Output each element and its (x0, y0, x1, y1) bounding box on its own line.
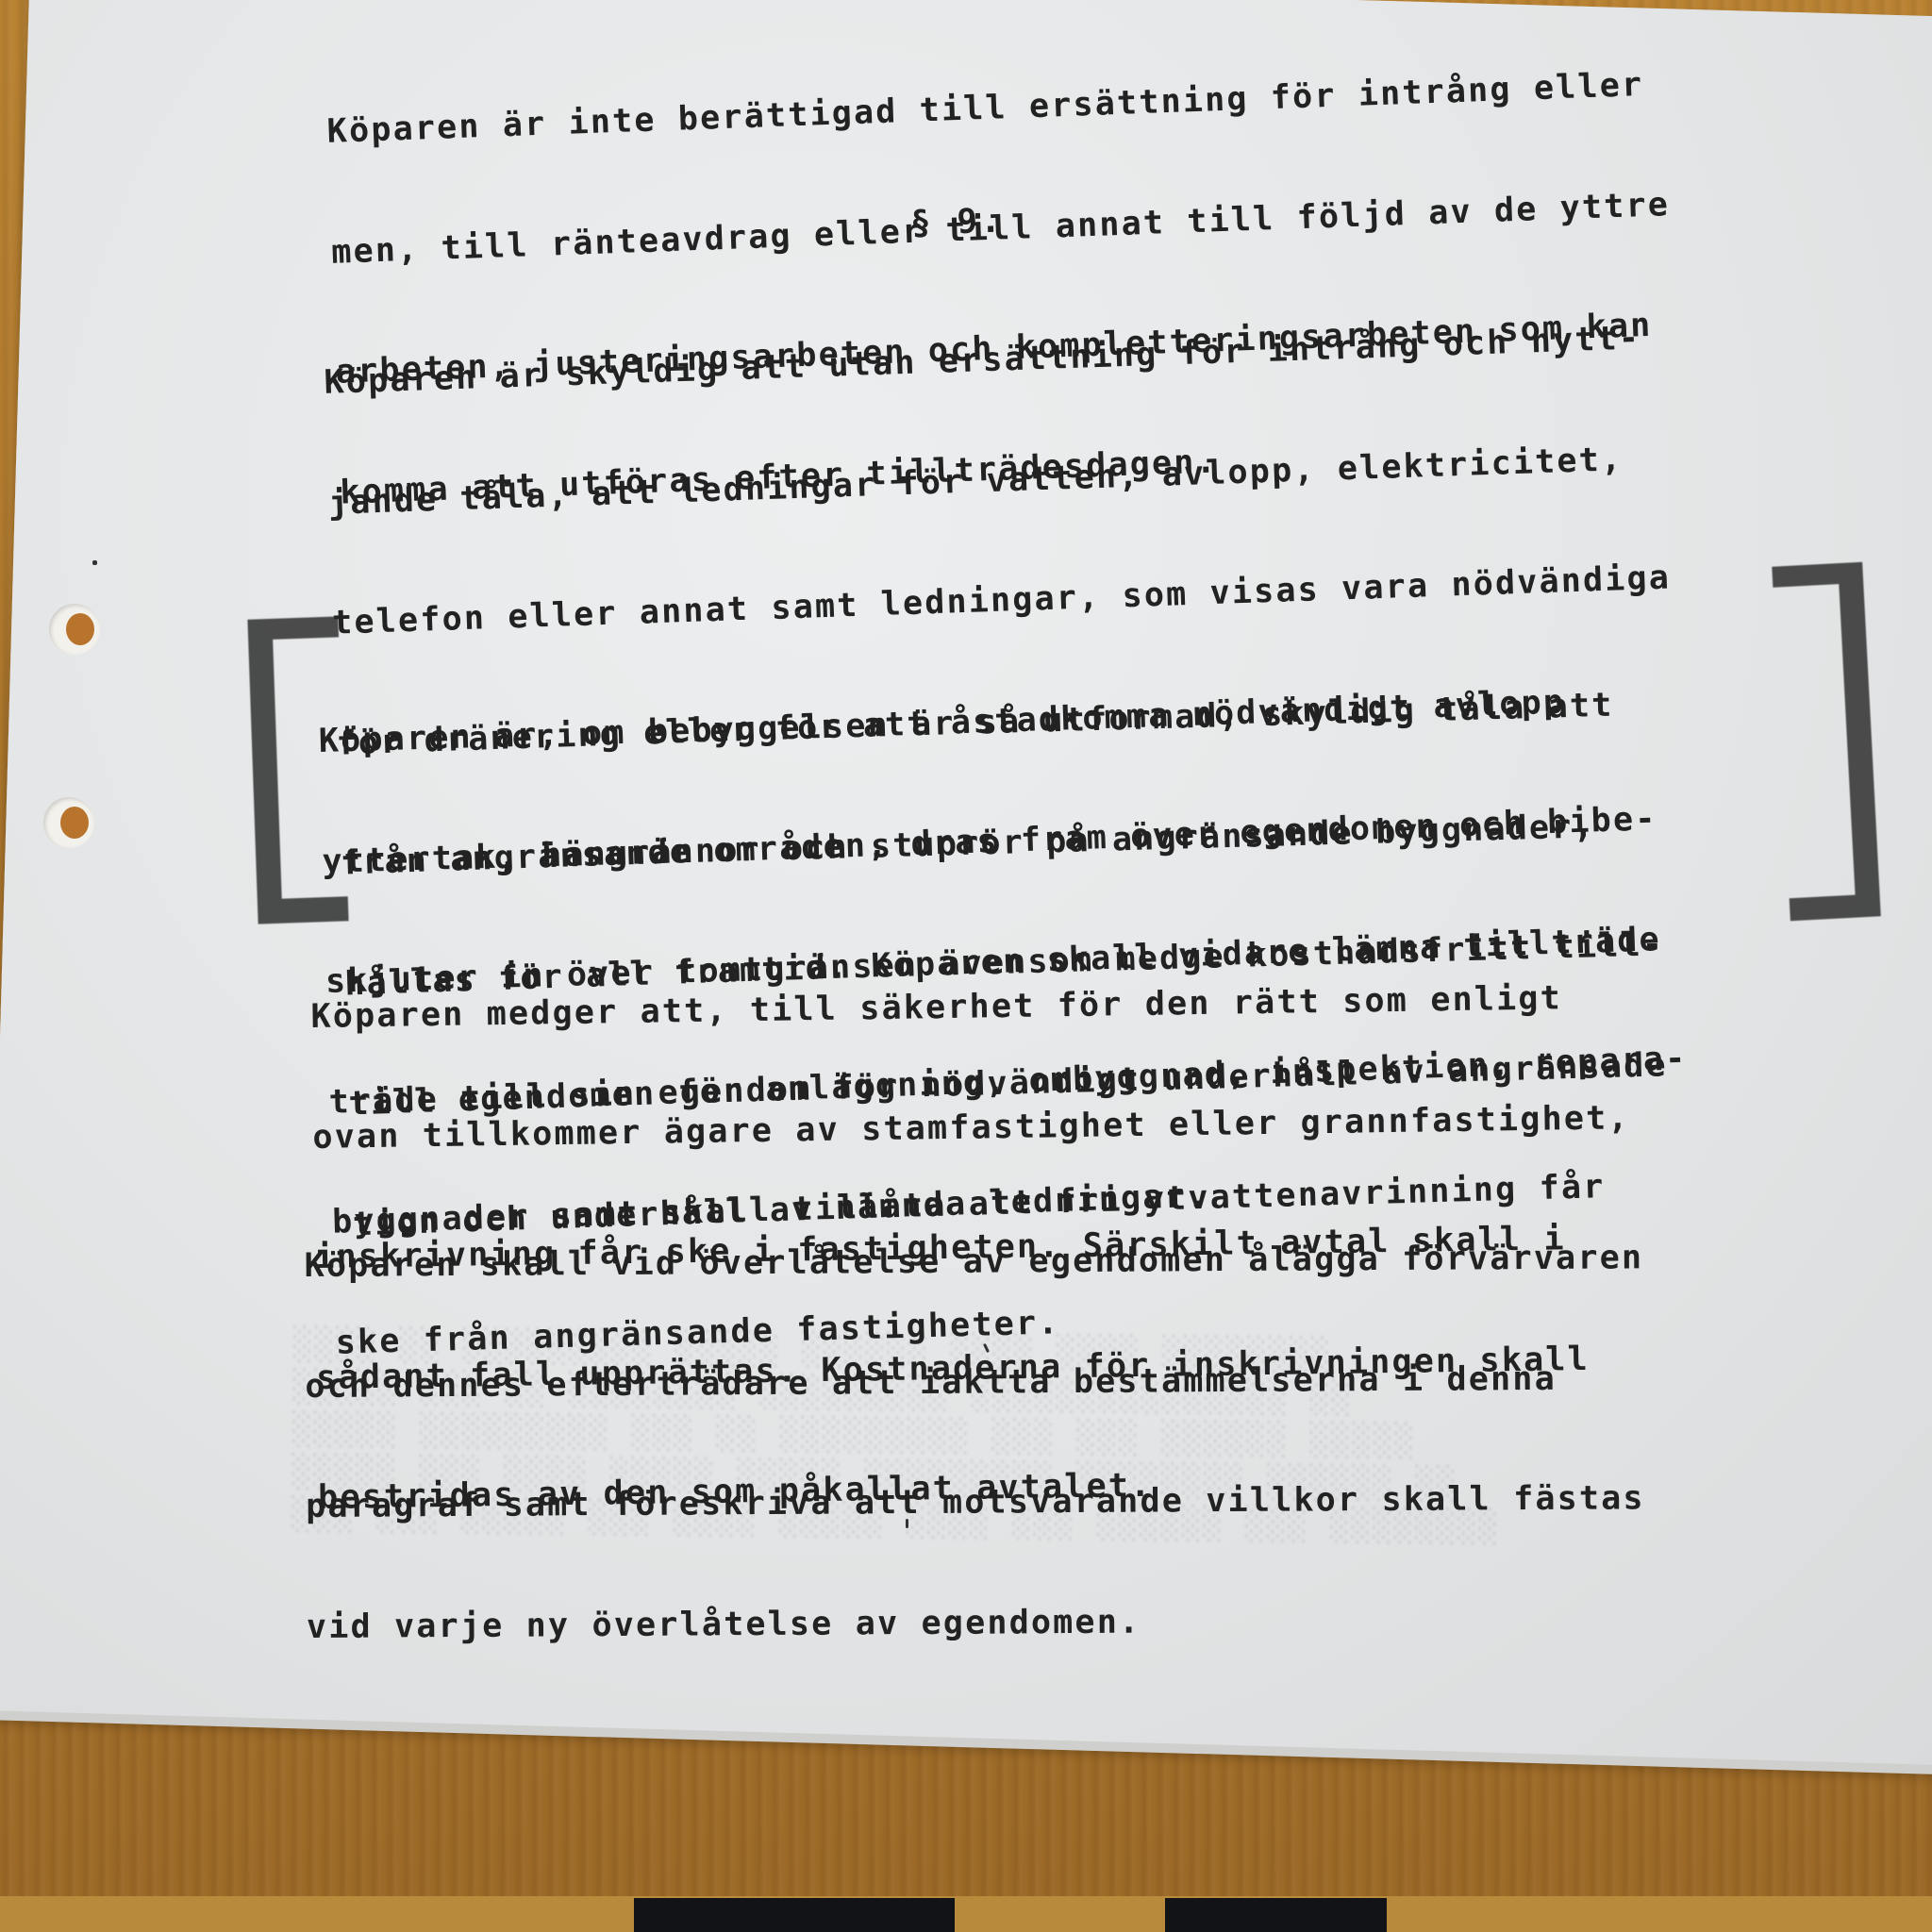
text-line: paragraf samt föreskriva att motsvarande… (306, 1478, 1645, 1526)
text-line: Köparen är, om bebyggelsen är så utforma… (318, 684, 1657, 761)
text-line: Köparen skall vid överlåtelse av egendom… (305, 1238, 1644, 1286)
document-page: Köparen är inte berättigad till ersättni… (0, 0, 1932, 1932)
text-line: vid varje ny överlåtelse av egendomen. (307, 1599, 1646, 1647)
marker-bracket-right (1772, 562, 1881, 922)
text-line: Köparen är skyldig att utan ersättning f… (324, 318, 1663, 404)
paragraph-transfer-obligation: Köparen skall vid överlåtelse av egendom… (304, 1158, 1646, 1727)
text-line: jande tåla, att ledningar för vatten, av… (327, 438, 1667, 524)
text-line: Köparen är inte berättigad till ersättni… (326, 64, 1666, 152)
section-heading: § 9. (909, 202, 1004, 243)
text-line: Köparen medger att, till säkerhet för de… (310, 977, 1628, 1037)
text-line: ovan tillkommer ägare av stamfastighet e… (312, 1098, 1630, 1158)
text-line: yttertak, hängrännor och stuprör på angr… (322, 805, 1661, 882)
ink-speck (906, 1519, 908, 1528)
text-line: och dennes efterträdare att iaktta bestä… (305, 1358, 1644, 1407)
